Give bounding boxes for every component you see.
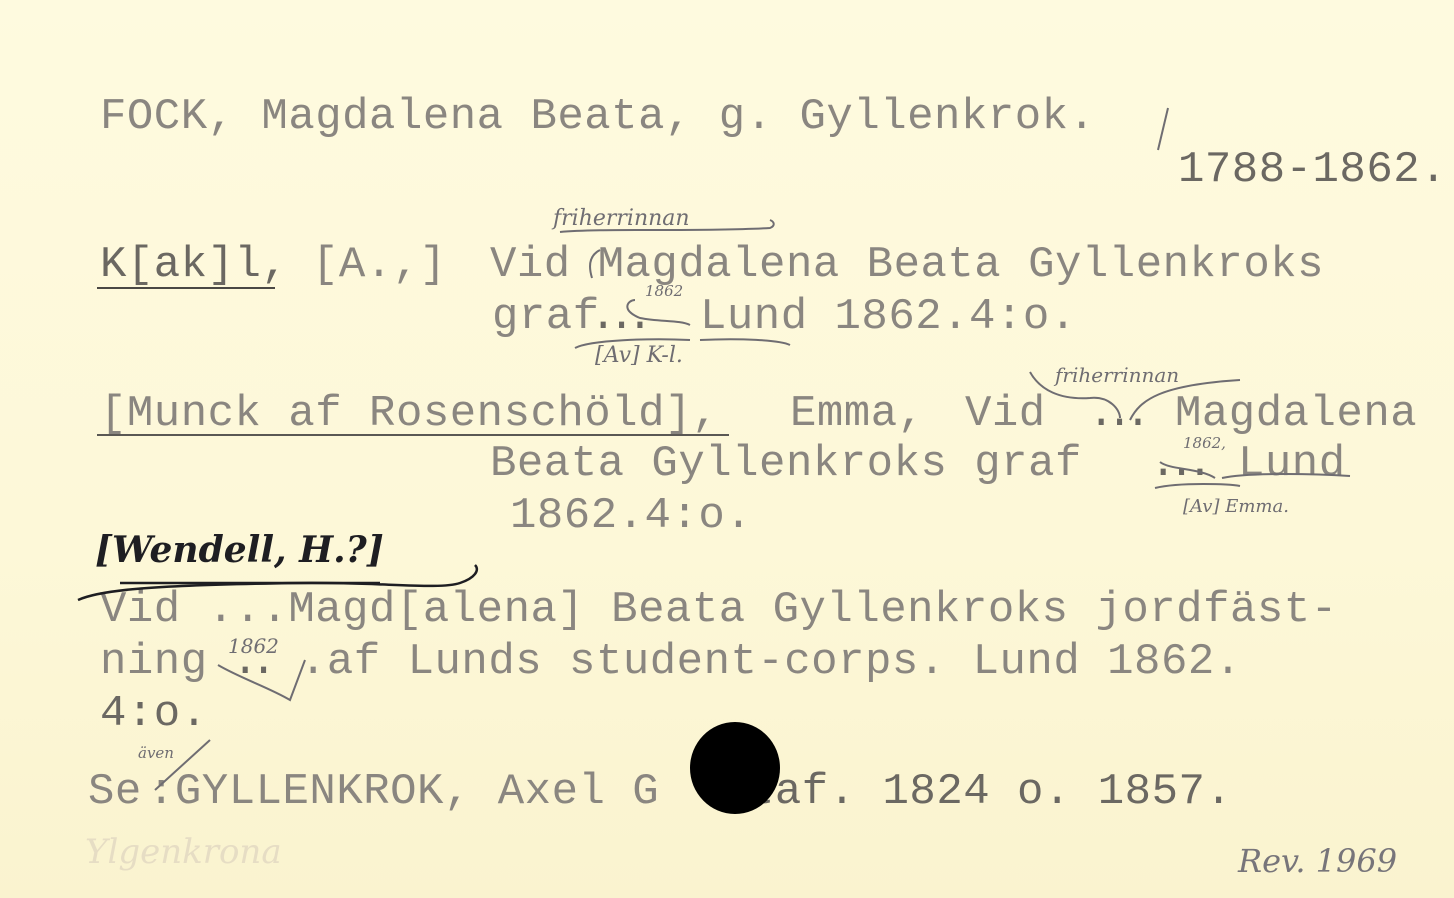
entry2-hand-below: [Av] Emma.	[1183, 498, 1289, 516]
entry1-author-underline	[97, 287, 275, 289]
entry2-hand-above: friherrinnan	[1055, 365, 1179, 385]
entry3-title-line1: Vid ...Magd[alena] Beata Gyllenkroks jor…	[100, 588, 1338, 632]
faint-pencil-note: Ylgenkrona	[85, 835, 282, 869]
entry1-hand-above: friherrinnan	[553, 208, 690, 230]
entry3-hand-author: [Wendell, H.?]	[95, 532, 384, 568]
entry1-title-line1: Vid Magdalena Beata Gyllenkroks	[490, 243, 1324, 287]
entry2-title-magdalena: Magdalena	[1175, 392, 1417, 436]
heading-dates: 1788-1862.	[1178, 148, 1447, 192]
entry1-initials: [A.,]	[312, 243, 447, 287]
entry1-author: K[ak]l,	[100, 243, 288, 287]
entry2-author: [Munck af Rosenschöld],	[100, 392, 719, 436]
entry2-title-line3: 1862.4:o.	[510, 494, 752, 538]
heading-name: FOCK, Magdalena Beata, g. Gyllenkrok.	[100, 95, 1095, 139]
entry3-title-line2a: ning	[100, 640, 208, 684]
entry3-title-line3: 4:o.	[100, 692, 208, 736]
entry2-author-underline	[97, 434, 729, 436]
see-also-text-before: :GYLLENKROK, Axel G	[148, 770, 659, 814]
entry1-title-line2a: graf	[492, 295, 600, 339]
entry3-title-line2b: .af Lunds student-corps. Lund 1862.	[300, 640, 1242, 684]
entry1-title-line2b: Lund 1862.4:o.	[700, 295, 1077, 339]
entry2-title-line2a: Beata Gyllenkroks graf	[490, 442, 1082, 486]
entry2-hand-year: 1862,	[1183, 436, 1226, 451]
entry3-hand-year: 1862	[228, 636, 279, 656]
punch-hole	[690, 722, 780, 814]
entry2-first-name: Emma,	[790, 392, 925, 436]
see-also-hand-insert: även	[138, 746, 174, 761]
entry2-title-vid: Vid	[965, 392, 1046, 436]
catalog-card: FOCK, Magdalena Beata, g. Gyllenkrok. 17…	[0, 0, 1454, 898]
entry2-title-dots1: ...	[1088, 392, 1143, 436]
see-also-text-after: taf. 1824 o. 1857.	[748, 770, 1232, 814]
entry2-title-lund: Lund	[1238, 442, 1346, 486]
entry1-hand-below: [Av] K-l.	[595, 345, 683, 367]
revision-note: Rev. 1969	[1238, 845, 1397, 877]
entry1-hand-year: 1862	[645, 284, 683, 299]
entry1-title-dots: ...	[590, 295, 645, 339]
see-also-prefix: Se	[88, 770, 142, 814]
